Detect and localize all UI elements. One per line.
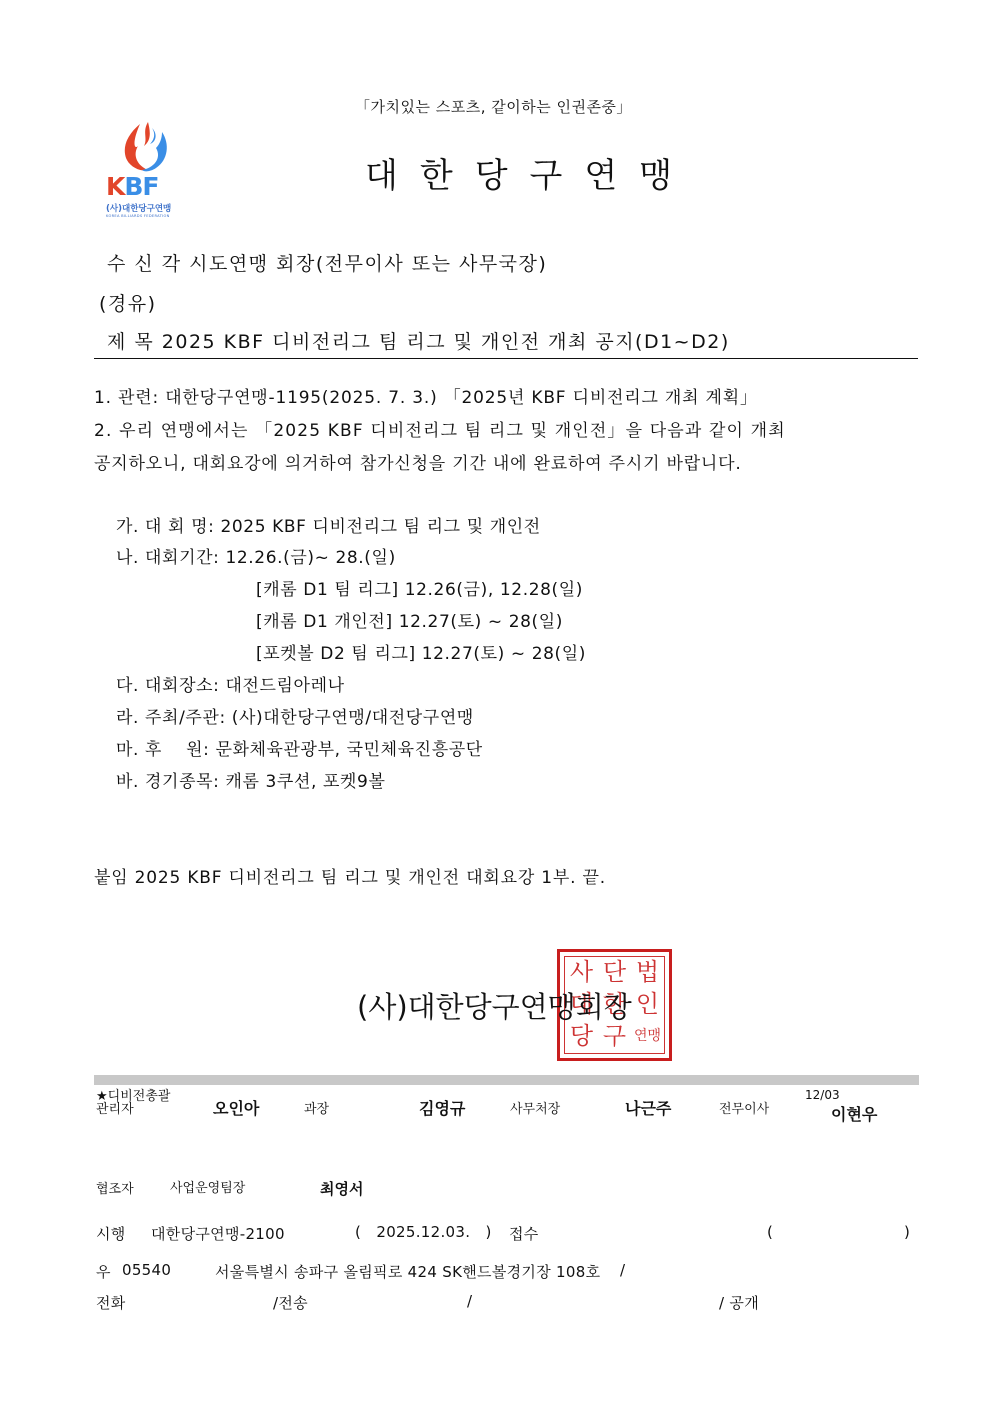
body-paragraph-line-1: 2. 우리 연맹에서는 「2025 KBF 디비전리그 팀 리그 및 개인전」을… <box>94 416 786 441</box>
receipt-close-paren: ) <box>904 1223 910 1241</box>
header-divider <box>94 358 918 359</box>
email-separator: / <box>467 1292 472 1310</box>
attachment-line: 붙임 2025 KBF 디비전리그 팀 리그 및 개인전 대회요강 1부. 끝. <box>94 863 606 888</box>
drafter-title: ★디비전총괄 관리자 <box>96 1090 170 1116</box>
postal-label: 우 <box>96 1261 111 1282</box>
approval-divider-bar <box>94 1075 919 1085</box>
drafter-name: 오인아 <box>213 1096 259 1119</box>
sender-signature: (사)대한당구연맹회장 <box>357 985 632 1026</box>
detail-item: 다. 대회장소: 대전드림아레나 <box>116 671 345 696</box>
fax-label: /전송 <box>273 1292 308 1313</box>
approver-name: 김영규 <box>419 1096 465 1119</box>
enforce-label: 시행 <box>96 1223 126 1244</box>
cooperator-label: 협조자 <box>96 1178 134 1197</box>
document-number: 대한당구연맹-2100 <box>151 1223 285 1244</box>
body-paragraph-line-2: 공지하오니, 대회요강에 의거하여 참가신청을 기간 내에 완료하여 주시기 바… <box>94 449 742 474</box>
detail-subitem: [포켓볼 D2 팀 리그] 12.27(토) ~ 28(일) <box>256 639 586 664</box>
related-reference: 1. 관련: 대한당구연맹-1195(2025. 7. 3.) 「2025년 K… <box>94 383 758 408</box>
detail-subitem: [캐롬 D1 팀 리그] 12.26(금), 12.28(일) <box>256 575 583 600</box>
detail-item: 가. 대 회 명: 2025 KBF 디비전리그 팀 리그 및 개인전 <box>116 512 541 537</box>
cooperator-name: 최영서 <box>320 1178 363 1199</box>
enforce-date: ( 2025.12.03. ) <box>355 1223 492 1241</box>
org-title: 대한당구연맹 <box>365 148 694 197</box>
disclosure-label: / 공개 <box>719 1292 759 1313</box>
cooperator-title: 사업운영팀장 <box>170 1177 245 1196</box>
address-separator: / <box>620 1261 625 1279</box>
approver-name: 이현우 <box>831 1102 877 1125</box>
recipient-line: 수 신 각 시도연맹 회장(전무이사 또는 사무국장) <box>107 249 547 276</box>
approver-name: 나근주 <box>625 1096 671 1119</box>
detail-item: 바. 경기종목: 캐롬 3쿠션, 포켓9볼 <box>116 767 385 792</box>
kbf-wordmark: KBF <box>106 172 159 201</box>
approval-date: 12/03 <box>805 1088 840 1102</box>
receipt-open-paren: ( <box>767 1223 773 1241</box>
detail-item: 라. 주최/주관: (사)대한당구연맹/대전당구연맹 <box>116 703 474 728</box>
kbf-flame-logo-icon <box>118 120 170 174</box>
logo-korean-name: (사)대한당구연맹 <box>106 202 171 214</box>
detail-item: 마. 후 원: 문화체육관광부, 국민체육진흥공단 <box>116 735 483 760</box>
address: 서울특별시 송파구 올림픽로 424 SK핸드볼경기장 108호 <box>215 1261 600 1282</box>
logo-english-name: KOREA BILLIARDS FEDERATION <box>106 214 170 218</box>
slogan: 「가치있는 스포츠, 같이하는 인권존중」 <box>355 96 632 117</box>
via-line: (경유) <box>99 289 157 316</box>
detail-item: 나. 대회기간: 12.26.(금)~ 28.(일) <box>116 543 396 568</box>
postal-code: 05540 <box>122 1261 171 1279</box>
phone-label: 전화 <box>96 1292 126 1313</box>
approver-title: 사무처장 <box>510 1098 560 1117</box>
detail-subitem: [캐롬 D1 개인전] 12.27(토) ~ 28(일) <box>256 607 563 632</box>
kbf-logo: KBF (사)대한당구연맹 KOREA BILLIARDS FEDERATION <box>104 118 184 222</box>
receipt-label: 접수 <box>509 1223 539 1244</box>
subject-line: 제 목 2025 KBF 디비전리그 팀 리그 및 개인전 개최 공지(D1~D… <box>107 327 730 354</box>
approver-title: 과장 <box>304 1098 329 1117</box>
approver-title: 전무이사 <box>719 1098 769 1117</box>
